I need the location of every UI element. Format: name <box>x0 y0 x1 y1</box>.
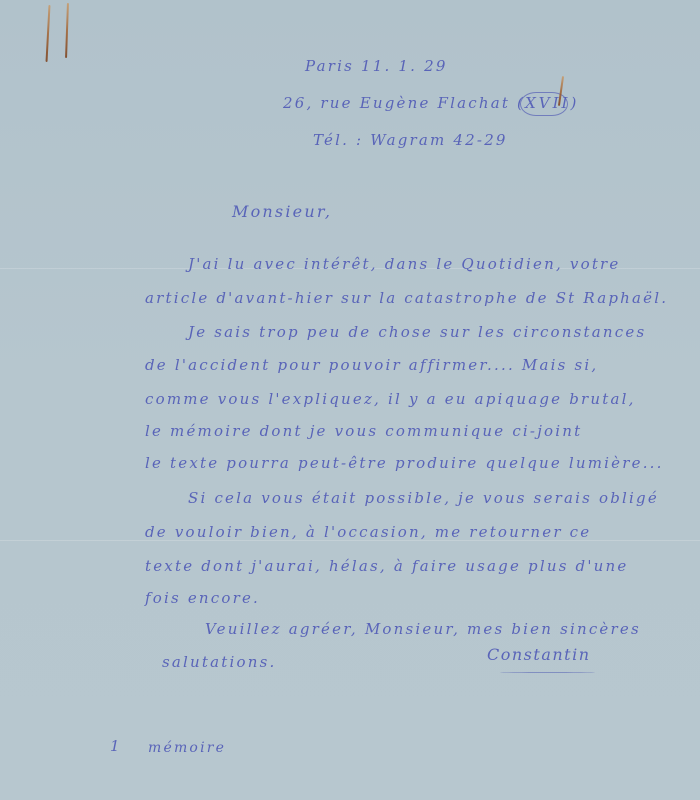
signature: Constantin <box>487 645 591 664</box>
rust-staple-mark <box>46 5 51 62</box>
address-close-paren: ) <box>570 94 578 112</box>
salutation: Monsieur, <box>232 202 332 221</box>
phone-line: Tél. : Wagram 42-29 <box>313 131 508 149</box>
enclosure-count: 1 <box>110 737 122 755</box>
rust-staple-mark <box>65 3 69 58</box>
date-line: Paris 11. 1. 29 <box>305 57 448 75</box>
body-line: J'ai lu avec intérêt, dans le Quotidien,… <box>188 255 621 273</box>
body-line: texte dont j'aurai, hélas, à faire usage… <box>145 557 628 575</box>
body-line: Je sais trop peu de chose sur les circon… <box>188 323 646 341</box>
body-line: le texte pourra peut-être produire quelq… <box>145 454 664 472</box>
body-line: Si cela vous était possible, je vous ser… <box>188 489 659 507</box>
address-street: 26, rue Eugène Flachat ( <box>283 94 525 112</box>
enclosure-label: mémoire <box>148 740 226 756</box>
body-line: de l'accident pour pouvoir affirmer.... … <box>145 356 598 374</box>
signature-flourish <box>500 672 595 673</box>
closing-line: salutations. <box>162 653 276 671</box>
body-line: de vouloir bien, à l'occasion, me retour… <box>145 523 591 541</box>
body-line: le mémoire dont je vous communique ci-jo… <box>145 422 582 440</box>
body-line: fois encore. <box>145 589 260 607</box>
closing-line: Veuillez agréer, Monsieur, mes bien sinc… <box>205 620 641 638</box>
body-line: comme vous l'expliquez, il y a eu apiqua… <box>145 390 636 408</box>
body-line: article d'avant-hier sur la catastrophe … <box>145 289 668 307</box>
letter-page: Paris 11. 1. 29 26, rue Eugène Flachat (… <box>0 0 700 800</box>
